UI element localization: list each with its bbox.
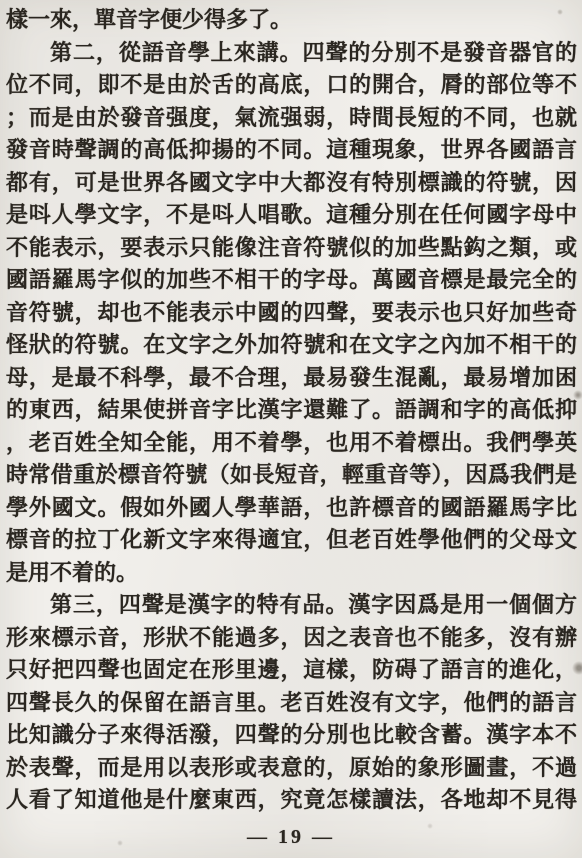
text-line: 都有，可是世界各國文字中大都沒有特別標識的符號，因爲 xyxy=(6,167,577,200)
text-line: 比知識分子來得活潑，四聲的分別也比較含蓄。漢字本不適 xyxy=(6,719,577,752)
page-number: — 19 — xyxy=(0,826,582,849)
text-line: 樣一來，單音字便少得多了。 xyxy=(6,4,577,37)
text-line: 是呌人學文字，不是呌人唱歌。這種分別在任何國字母中都 xyxy=(6,199,577,232)
text-line-paragraph-start: 第三，四聲是漢字的特有品。漢字因爲是用一個個方塊 xyxy=(6,589,577,622)
text-line: 怪狀的符號。在文字之外加符號和在文字之內加不相干的字 xyxy=(6,329,577,362)
text-line: 於表聲，而是用以表形或表意的，原始的象形圖畫，不過使 xyxy=(6,752,577,785)
text-line: 的東西，結果使拼音字比漢字還難了。語調和字的高低抑揚 xyxy=(6,394,577,427)
text-line: 發音時聲調的高低抑揚的不同。這種現象，世界各國語言中 xyxy=(6,134,577,167)
page-text: 樣一來，單音字便少得多了。 第二，從語音學上來講。四聲的分別不是發音器官的部 位… xyxy=(6,4,577,817)
text-line: 是用不着的。 xyxy=(6,557,577,590)
text-line: 形來標示音，形狀不能過多，因之表音也不能多，沒有辦法 xyxy=(6,622,577,655)
text-line: 不能表示，要表示只能像注音符號似的加些點鈎之類，或像 xyxy=(6,232,577,265)
text-line: 四聲長久的保留在語言里。老百姓沒有文字，他們的語言也 xyxy=(6,687,577,720)
text-line: 只好把四聲也固定在形里邊，這樣，防碍了語言的進化，使 xyxy=(6,654,577,687)
text-line: 學外國文。假如外國人學華語，也許標音的國語羅馬字比不 xyxy=(6,492,577,525)
text-line: 時常借重於標音符號（如長短音，輕重音等），因爲我們是 xyxy=(6,459,577,492)
text-line: 位不同，即不是由於舌的高底，口的開合，脣的部位等不同 xyxy=(6,69,577,102)
text-line: 音符號，却也不能表示中國的四聲，要表示也只好加些奇形 xyxy=(6,297,577,330)
text-line: 人看了知道他是什麼東西，究竟怎樣讀法，各地却不見得一 xyxy=(6,784,577,817)
text-line: ；而是由於發音强度，氣流强弱，時間長短的不同，也就是 xyxy=(6,102,577,135)
text-line: ，老百姓全知全能，用不着學，也用不着標出。我們學英文 xyxy=(6,427,577,460)
text-line: 國語羅馬字似的加些不相干的字母。萬國音標是最完全的標 xyxy=(6,264,577,297)
text-line: 標音的拉丁化新文字來得適宜，但老百姓學他們的父母文字 xyxy=(6,524,577,557)
text-line: 母，是最不科學，最不合理，最易發生混亂，最易增加困難 xyxy=(6,362,577,395)
text-line-paragraph-start: 第二，從語音學上來講。四聲的分別不是發音器官的部 xyxy=(6,37,577,70)
